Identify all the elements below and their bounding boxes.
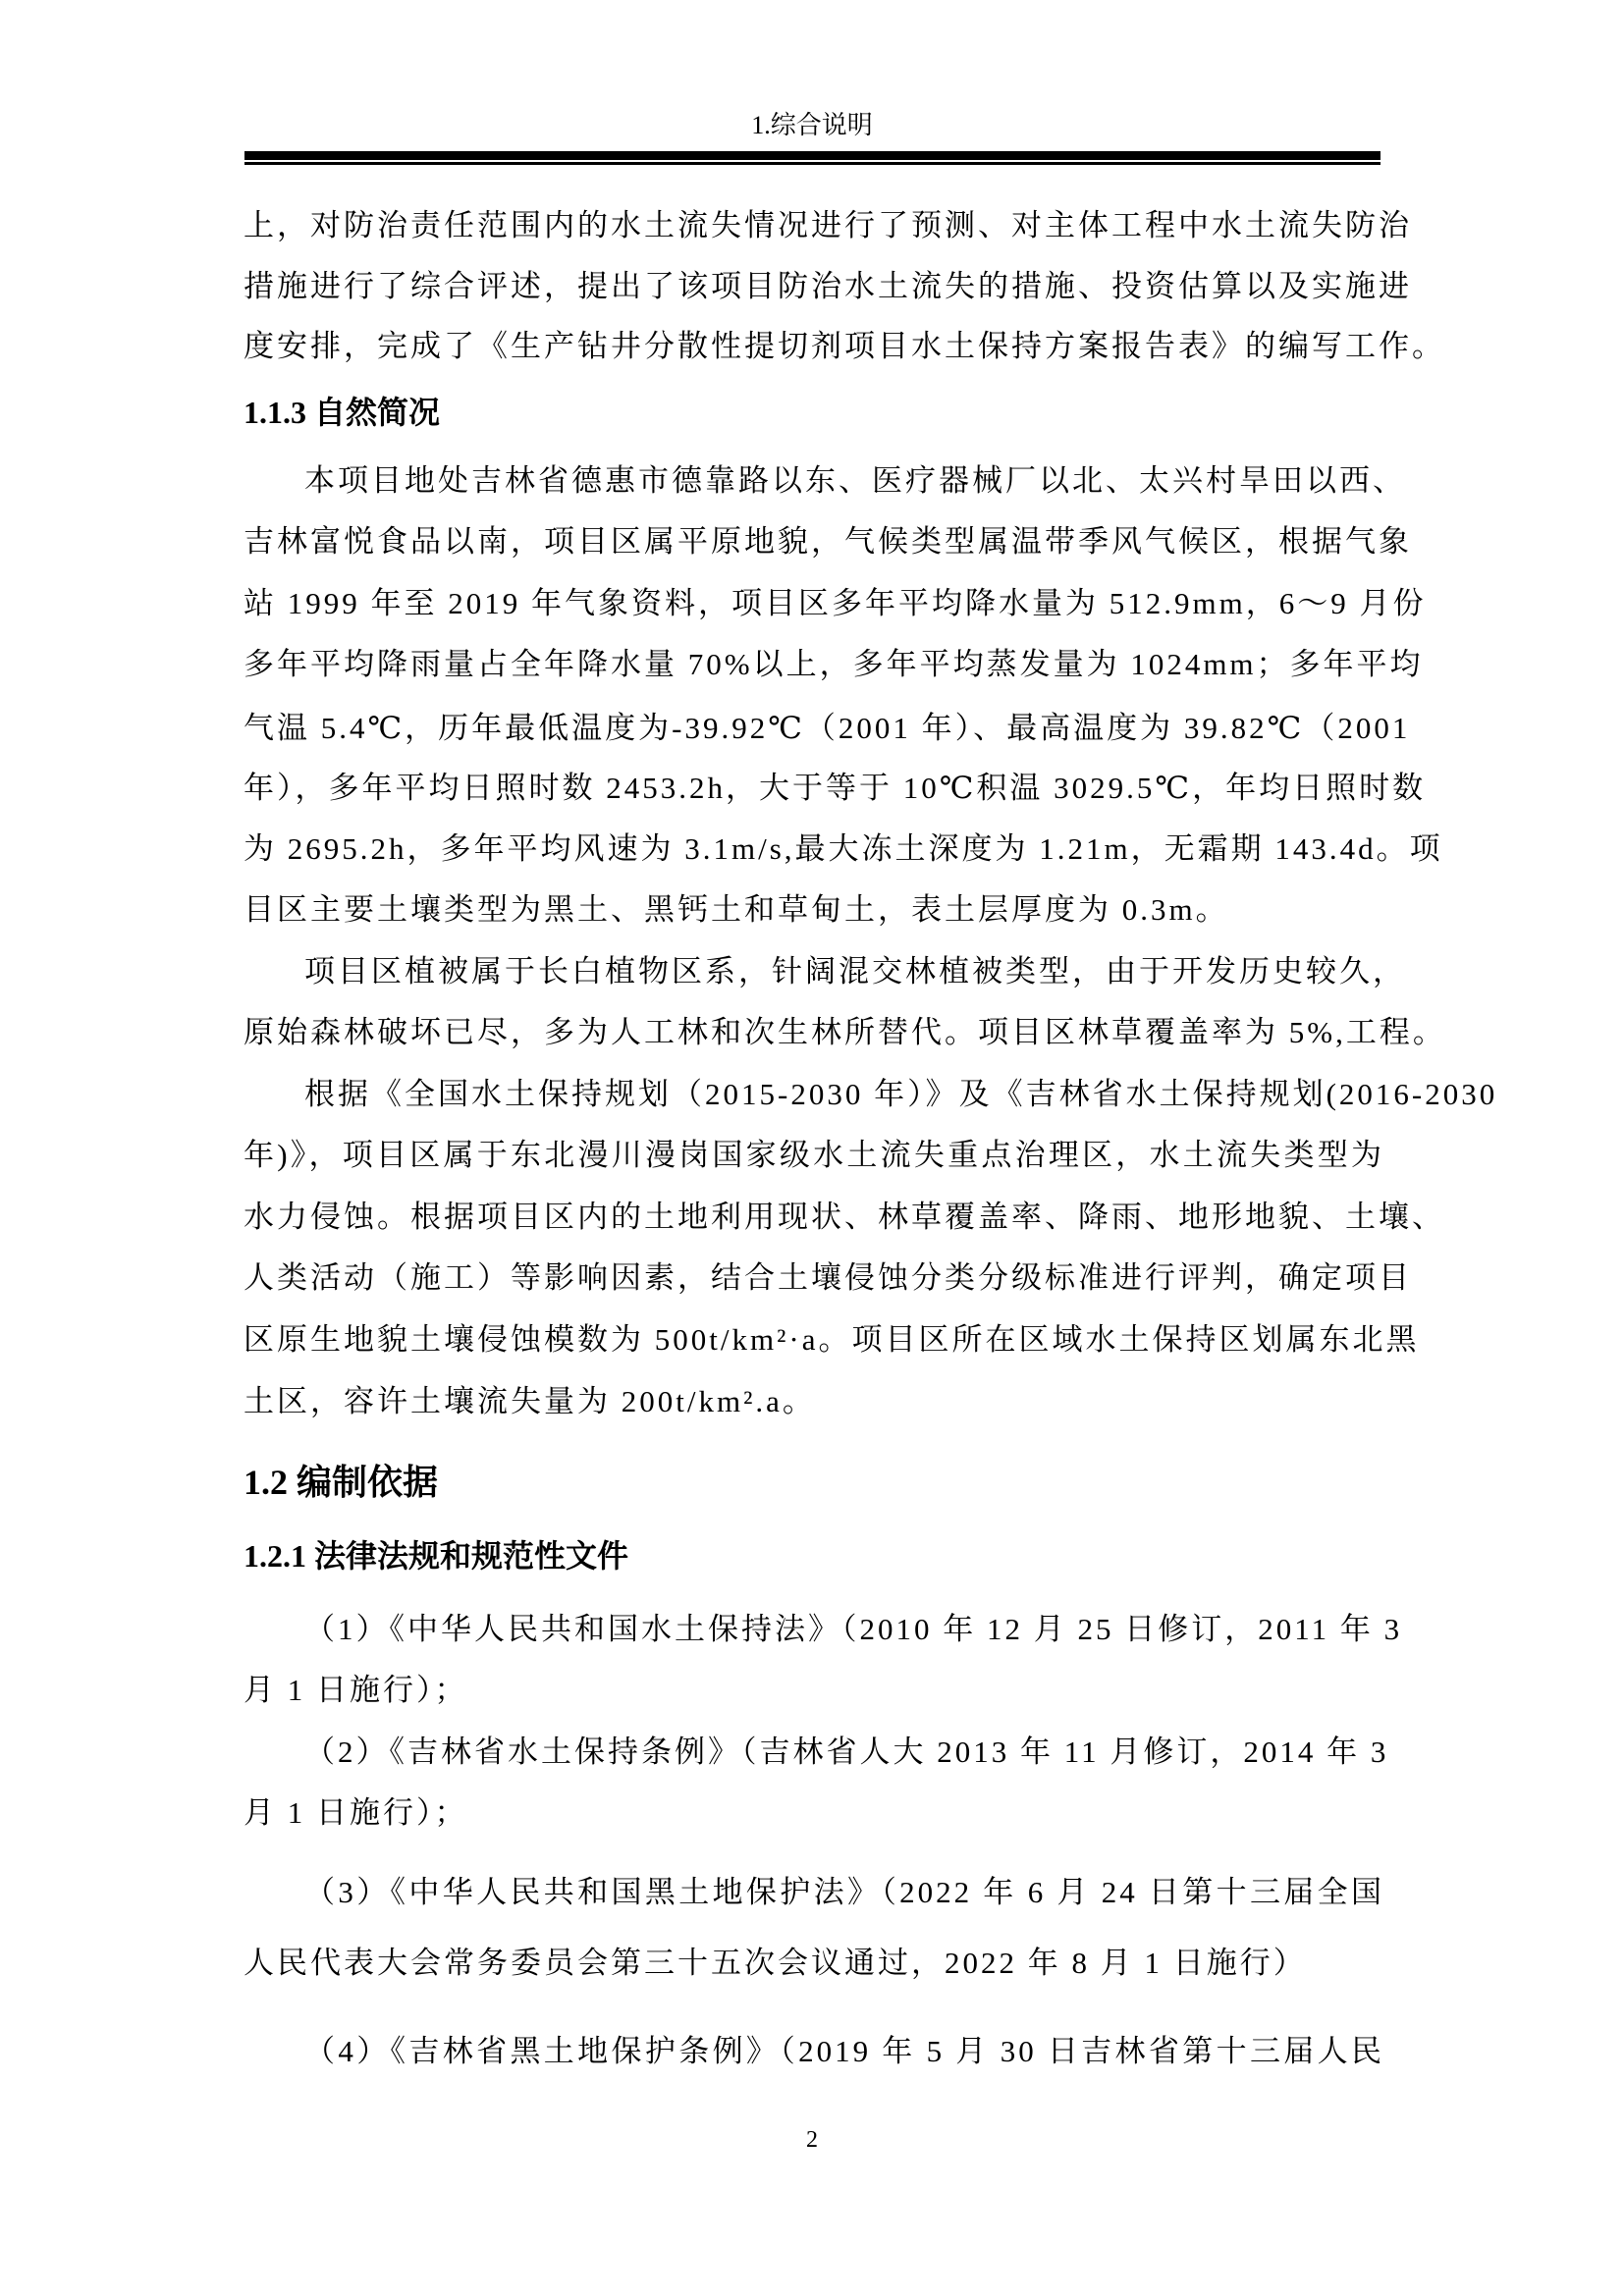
body-text-line: 目区主要土壤类型为黑土、黑钙土和草甸土，表土层厚度为 0.3m。 (244, 890, 1384, 930)
regulation-item-line: 月 1 日施行）； (244, 1793, 1384, 1833)
body-text-line: 年），多年平均日照时数 2453.2h，大于等于 10℃积温 3029.5℃，年… (244, 769, 1384, 808)
body-text-line: 站 1999 年至 2019 年气象资料，项目区多年平均降水量为 512.9mm… (244, 584, 1384, 623)
section-heading-1-2-1: 1.2.1 法律法规和规范性文件 (244, 1534, 628, 1577)
regulation-item-line: 月 1 日施行）； (244, 1671, 1384, 1710)
body-text-line: 项目区植被属于长白植物区系，针阔混交林植被类型，由于开发历史较久， (304, 952, 1384, 991)
body-text-line: 为 2695.2h，多年平均风速为 3.1m/s,最大冻土深度为 1.21m，无… (244, 829, 1384, 869)
body-text-line: 土区，容许土壤流失量为 200t/km².a。 (244, 1382, 1384, 1421)
regulation-item-line: （2）《吉林省水土保持条例》（吉林省人大 2013 年 11 月修订，2014 … (304, 1733, 1384, 1772)
regulation-item-line: （4）《吉林省黑土地保护条例》（2019 年 5 月 30 日吉林省第十三届人民 (304, 2032, 1384, 2071)
body-text-line: 水力侵蚀。根据项目区内的土地利用现状、林草覆盖率、降雨、地形地貌、土壤、 (244, 1198, 1384, 1237)
section-heading-1-2: 1.2 编制依据 (244, 1459, 438, 1506)
body-text-line: 区原生地貌土壤侵蚀模数为 500t/km²·a。项目区所在区域水土保持区划属东北… (244, 1320, 1384, 1360)
body-text-line: 气温 5.4℃，历年最低温度为-39.92℃（2001 年）、最高温度为 39.… (244, 709, 1384, 748)
body-text-line: 原始森林破坏已尽，多为人工林和次生林所替代。项目区林草覆盖率为 5%,工程。 (244, 1013, 1384, 1052)
body-text-line: 上，对防治责任范围内的水土流失情况进行了预测、对主体工程中水土流失防治 (244, 206, 1384, 245)
running-header-title: 1.综合说明 (0, 106, 1624, 145)
regulation-item-line: （1）《中华人民共和国水土保持法》（2010 年 12 月 25 日修订，201… (304, 1610, 1384, 1649)
section-heading-1-1-3: 1.1.3 自然简况 (244, 391, 440, 434)
body-text-line: 本项目地处吉林省德惠市德靠路以东、医疗器械厂以北、太兴村旱田以西、 (304, 461, 1384, 501)
document-page: 1.综合说明 上，对防治责任范围内的水土流失情况进行了预测、对主体工程中水土流失… (0, 0, 1624, 2296)
body-text-line: 度安排，完成了《生产钻井分散性提切剂项目水土保持方案报告表》的编写工作。 (244, 327, 1384, 366)
body-text-line: 措施进行了综合评述，提出了该项目防治水土流失的措施、投资估算以及实施进 (244, 267, 1384, 306)
header-rule-thin (244, 162, 1380, 165)
body-text-line: 人类活动（施工）等影响因素，结合土壤侵蚀分类分级标准进行评判，确定项目 (244, 1258, 1384, 1298)
body-text-line: 年)》，项目区属于东北漫川漫岗国家级水土流失重点治理区，水土流失类型为 (244, 1136, 1384, 1175)
body-text-line: 吉林富悦食品以南，项目区属平原地貌，气候类型属温带季风气候区，根据气象 (244, 522, 1384, 561)
body-text-line: 多年平均降雨量占全年降水量 70%以上，多年平均蒸发量为 1024mm；多年平均 (244, 645, 1384, 684)
page-number: 2 (0, 2122, 1624, 2158)
body-text-line: 根据《全国水土保持规划（2015-2030 年）》及《吉林省水土保持规划(201… (304, 1075, 1384, 1114)
regulation-item-line: 人民代表大会常务委员会第三十五次会议通过，2022 年 8 月 1 日施行） (244, 1944, 1384, 1983)
header-rule-thick (244, 151, 1380, 160)
regulation-item-line: （3）《中华人民共和国黑土地保护法》（2022 年 6 月 24 日第十三届全国 (304, 1873, 1384, 1912)
